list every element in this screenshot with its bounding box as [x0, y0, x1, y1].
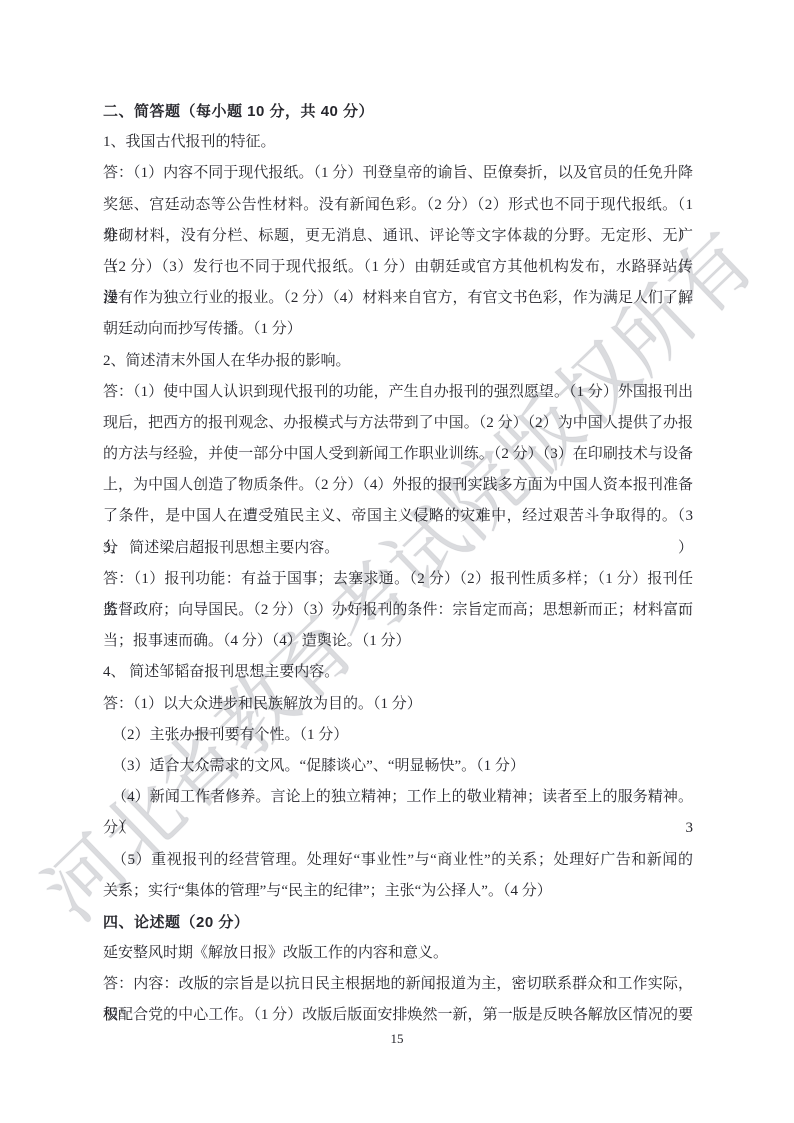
text-line: 1、我国古代报刊的特征。 — [103, 127, 693, 158]
text-line: 4、 简述邹韬奋报刊思想主要内容。 — [103, 657, 693, 688]
text-line: 现后，把西方的报刊观念、办报模式与方法带到了中国。（2 分）（2）为中国人提供了… — [103, 408, 693, 439]
text-line: （4）新闻工作者修养。言论上的独立精神；工作上的敬业精神；读者至上的服务精神。（… — [103, 782, 693, 813]
page-number: 15 — [0, 1029, 794, 1049]
text-line: 答：内容：改版的宗旨是以抗日民主根据地的新闻报道为主，密切联系群众和工作实际，积 — [103, 969, 693, 1000]
text-line: 上，为中国人创造了物质条件。（2 分）（4）外报的报刊实践多方面为中国人资本报刊… — [103, 470, 693, 501]
text-line: 监督政府；向导国民。（2 分）（3）办好报刊的条件：宗旨定而高；思想新而正；材料… — [103, 595, 693, 626]
text-line: 关系；实行“集体的管理”与“民主的纪律”；主张“为公择人”。（4 分） — [103, 876, 693, 907]
text-line: 延安整风时期《解放日报》改版工作的内容和意义。 — [103, 938, 693, 969]
text-line: 答：（1）使中国人认识到现代报刊的功能，产生自办报刊的强烈愿望。（1 分）外国报… — [103, 377, 693, 408]
text-line: 朝廷动向而抄写传播。（1 分） — [103, 314, 693, 345]
document-page: 河北省教育考试院版权所有 二、简答题（每小题 10 分，共 40 分）1、我国古… — [0, 0, 794, 1123]
text-line: 答：（1）内容不同于现代报纸。（1 分）刊登皇帝的谕旨、臣僚奏折，以及官员的任免… — [103, 158, 693, 189]
text-line: 答：（1）以大众进步和民族解放为目的。（1 分） — [103, 689, 693, 720]
text-line: 当；报事速而确。（4 分）（4）造舆论。（1 分） — [103, 626, 693, 657]
text-line: 极配合党的中心工作。（1 分）改版后版面安排焕然一新，第一版是反映各解放区情况的… — [103, 1000, 693, 1031]
text-line: 的方法与经验，并使一部分中国人受到新闻工作职业训练。（2 分）（3）在印刷技术与… — [103, 439, 693, 470]
section-heading: 四、论述题（20 分） — [103, 907, 693, 938]
text-line: 2、简述清末外国人在华办报的影响。 — [103, 346, 693, 377]
text-line: 没有作为独立行业的报业。（2 分）（4）材料来自官方，有官文书色彩，作为满足人们… — [103, 283, 693, 314]
text-line: 答：（1）报刊功能：有益于国事；去塞求通。（2 分）（2）报刊性质多样；（1 分… — [103, 564, 693, 595]
text-line: 堆砌材料，没有分栏、标题，更无消息、通讯、评论等文字体裁的分野。无定形、无广告。 — [103, 221, 693, 252]
document-lines: 二、简答题（每小题 10 分，共 40 分）1、我国古代报刊的特征。答：（1）内… — [103, 96, 693, 1032]
text-line: 了条件，是中国人在遭受殖民主义、帝国主义侵略的灾难中，经过艰苦斗争取得的。（3 … — [103, 501, 693, 532]
section-heading: 二、简答题（每小题 10 分，共 40 分） — [103, 96, 693, 127]
text-line: （5）重视报刊的经营管理。处理好“事业性”与“商业性”的关系；处理好广告和新闻的 — [103, 845, 693, 876]
text-line: 奖惩、宫廷动态等公告性材料。没有新闻色彩。（2 分）（2）形式也不同于现代报纸。… — [103, 190, 693, 221]
text-line: （2 分）（3）发行也不同于现代报纸。（1 分）由朝廷或官方其他机构发布，水路驿… — [103, 252, 693, 283]
text-line: （2）主张办报刊要有个性。（1 分） — [103, 720, 693, 751]
text-line: （3）适合大众需求的文风。“促膝谈心”、“明显畅快”。（1 分） — [103, 751, 693, 782]
